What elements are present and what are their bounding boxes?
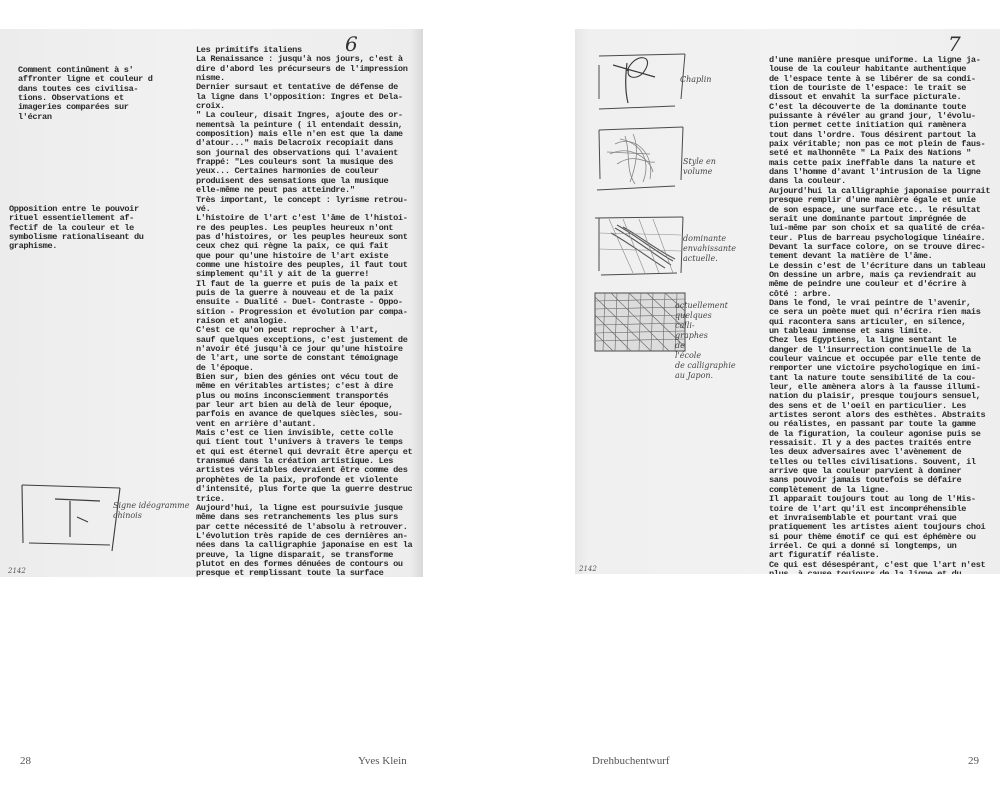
sketch-caption-2: Style en volume <box>683 157 716 177</box>
typewritten-body-right: d'une manière presque uniforme. La ligne… <box>769 56 990 574</box>
page-number-left: 28 <box>20 755 31 767</box>
left-page-scan: 6 Comment continûment à s' affronter lig… <box>0 29 423 577</box>
archive-mark-right: 2142 <box>579 565 597 573</box>
handwritten-folio: 7 <box>948 32 961 56</box>
page-number-right: 29 <box>968 755 979 767</box>
typewritten-body-left: Les primitifs italiens La Renaissance : … <box>196 46 412 577</box>
running-head-right: Drehbuchentwurf <box>592 755 670 767</box>
sketch-caption-left: Signe idéogramme chinois <box>113 501 189 521</box>
sketch-dominant-icon <box>593 213 693 283</box>
margin-note-2: Opposition entre le pouvoir rituel essen… <box>9 205 144 252</box>
right-page-scan: 7 d'une manière presque uniforme. La lig… <box>575 29 1000 574</box>
sketch-caption-1: Chaplin <box>680 75 711 85</box>
sketch-volume-icon <box>595 124 695 194</box>
archive-mark-left: 2142 <box>8 567 26 575</box>
sketch-caption-3: dominante envahissante actuelle. <box>683 234 736 264</box>
running-head-left: Yves Klein <box>358 755 407 767</box>
ideogram-sketch-icon <box>10 479 130 554</box>
margin-note-1: Comment continûment à s' affronter ligne… <box>18 66 153 122</box>
sketch-caption-4: actuellement quelques calli- graphes de … <box>675 301 736 381</box>
